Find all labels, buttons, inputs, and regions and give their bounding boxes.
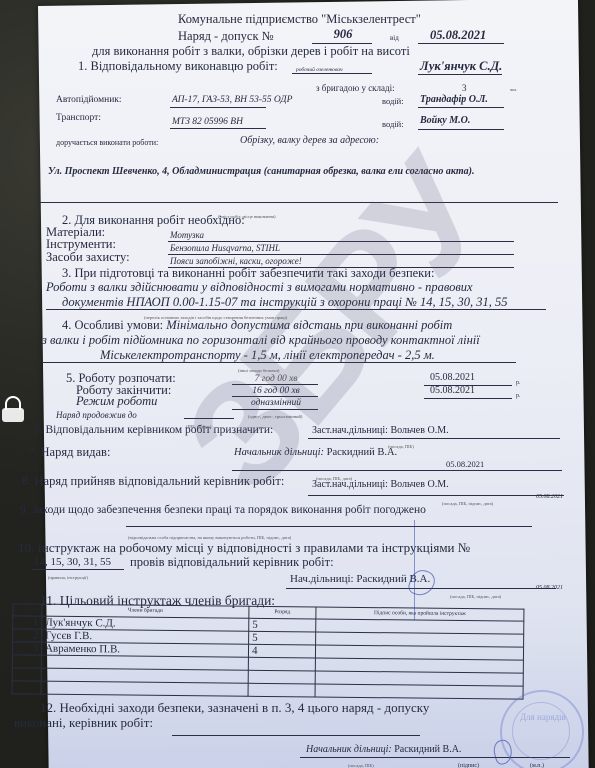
section4-line1: Мінімально допустима відстань при викона…: [166, 318, 452, 332]
permit-label: Наряд - допуск №: [178, 29, 274, 43]
section7-signer: Начальник дільниці: Раскидний В.А.: [234, 446, 397, 460]
section3-label: 3. При підготовці та виконанні робіт заб…: [62, 266, 434, 280]
tools-value: Бензопила Husqvarna, STIHL: [170, 241, 280, 255]
member-grade: [248, 670, 315, 684]
section7-date: 05.08.2021: [446, 457, 484, 471]
member-grade: [248, 657, 315, 671]
start-date: 05.08.2021: [430, 371, 475, 385]
section12-line1: 12. Необхідні заходи безпеки, зазначені …: [40, 701, 429, 715]
row-number: [12, 681, 41, 694]
permit-date: 05.08.2021: [430, 28, 486, 42]
section10-conducted-label: провів відповідальний керівник робіт:: [130, 555, 334, 569]
stamp-inner-ring: [512, 702, 570, 760]
mode-label: Режим роботи: [76, 394, 157, 408]
section8-label: 8. Наряд прийняв відповідальний керівник…: [22, 474, 284, 488]
section7-name: Раскидний В.А.: [327, 447, 398, 458]
col-number: № п/п: [13, 604, 42, 616]
lift-label: Автопідйомник:: [56, 93, 122, 107]
assigned-label: доручається виконати роботи:: [56, 136, 158, 150]
executor-name: Лук'янчук С.Д.: [420, 59, 502, 73]
brigade-label: з бригадою у складі:: [316, 81, 395, 95]
extended-label: Наряд продовжив до: [56, 408, 137, 422]
member-grade: 4: [248, 644, 315, 658]
from-label: від: [390, 31, 399, 45]
lift-driver: Трандафір О.Л.: [420, 93, 488, 107]
section4-title: 4. Особливі умови:: [62, 318, 163, 332]
section6-label: 6. Відповідальним керівником робіт призн…: [34, 423, 273, 437]
executor-position: робочий озеленювач: [296, 63, 343, 77]
section7-label: 7. Наряд видав:: [28, 445, 110, 459]
row-number: [12, 655, 41, 668]
transport-driver-label: водій:: [382, 117, 404, 131]
materials-value: Мотузка: [170, 228, 204, 242]
transport-label: Транспорт:: [56, 111, 101, 125]
mode-caption: (одно-, двох-, трьохзмінний): [248, 410, 302, 424]
permit-purpose: для виконання робіт з валки, обрізки дер…: [92, 44, 410, 58]
lift-driver-label: водій:: [382, 94, 404, 108]
permit-document: Комунальне підприємство "Міськзелентрест…: [0, 0, 595, 768]
section12-position: Начальник дільниці:: [306, 744, 392, 755]
mode-value: одназмінний: [236, 396, 316, 410]
col-grade: Розряд: [249, 606, 316, 619]
assigned-value: Обрізку, валку дерев за адресою:: [240, 134, 379, 148]
section10-label: 10. Інструктаж на робочому місці у відпо…: [18, 541, 470, 555]
end-year-suffix: р.: [516, 389, 521, 403]
protection-label: Засоби захисту:: [46, 250, 130, 264]
unlock-icon[interactable]: [2, 396, 24, 422]
section6-value: Заст.нач.дільниці: Вольчев О.М.: [312, 424, 449, 438]
member-grade: [248, 683, 315, 697]
section3-line2: документів НПАОП 0.00-1.15-07 та інструк…: [62, 295, 507, 309]
member-grade: 5: [249, 631, 316, 645]
row-number: 1: [13, 616, 42, 629]
section3-line1: Роботи з валки здійснювати у відповіднос…: [46, 280, 473, 294]
section10-numbers-caption: (правила, інструкції): [48, 571, 88, 585]
stamp-text: Для нарядів: [520, 712, 566, 722]
work-address: Ул. Проспект Шевченко, 4, Обладминистрац…: [48, 165, 474, 179]
section9-label: 9. Заходи щодо забезпечення безпеки прац…: [20, 503, 426, 517]
member-name: [41, 681, 248, 696]
section12-caption-sign: (підпис): [458, 759, 479, 768]
transport-driver: Войку М.О.: [420, 114, 470, 128]
lift-value: АП-17, ГАЗ-53, ВН 53-55 ОДР: [172, 93, 292, 107]
section12-name: Раскидний В.А.: [394, 744, 461, 755]
section1-label: 1. Відповідальному виконавцю робіт:: [78, 59, 278, 73]
section8-date: 05.08.2021: [536, 490, 563, 504]
section10-numbers: 14, 15, 30, 31, 55: [34, 555, 111, 569]
brigade-unit: чол.: [510, 83, 517, 97]
row-number: 3: [12, 642, 41, 655]
section12-line2: виконані, керівник робіт:: [14, 716, 153, 730]
section10-date: 05.08.2021: [536, 581, 563, 595]
section7-position: Начальник дільниці:: [234, 447, 324, 458]
section12-signer: Начальник дільниці: Раскидний В.А.: [306, 743, 461, 757]
row-number: [12, 668, 41, 681]
end-date: 05.08.2021: [430, 384, 475, 398]
org-name: Комунальне підприємство "Міськзелентрест…: [178, 12, 421, 26]
section12-caption-name: (посада, ПІБ): [348, 759, 374, 768]
transport-value: МТЗ 82 05996 ВН: [172, 115, 243, 129]
tools-label: Інструменти:: [46, 237, 116, 251]
member-grade: 5: [249, 618, 316, 632]
brigade-table: № п/п Члени бригади Розряд Підпис особи,…: [12, 603, 525, 699]
section4-line2: з валки і робіт підйомника по горизонтал…: [42, 333, 480, 347]
row-number: 2: [13, 629, 42, 642]
section8-value: Заст.нач.дільниці: Вольчев О.М.: [312, 478, 449, 492]
section4-line3: Міськелектротранспорту - 1,5 м, лінії ел…: [100, 348, 435, 362]
permit-number: 906: [318, 27, 368, 41]
section4-label: 4. Особливі умови: Мінімально допустима …: [62, 318, 452, 332]
section8-caption: (посада, ПІБ, підпис, дата): [442, 497, 493, 511]
section10-caption: (посада, ПІБ, підпис, дата): [450, 590, 501, 604]
member-signature: [315, 684, 523, 699]
signature-stroke: [414, 520, 415, 620]
start-year-suffix: р.: [516, 376, 521, 390]
